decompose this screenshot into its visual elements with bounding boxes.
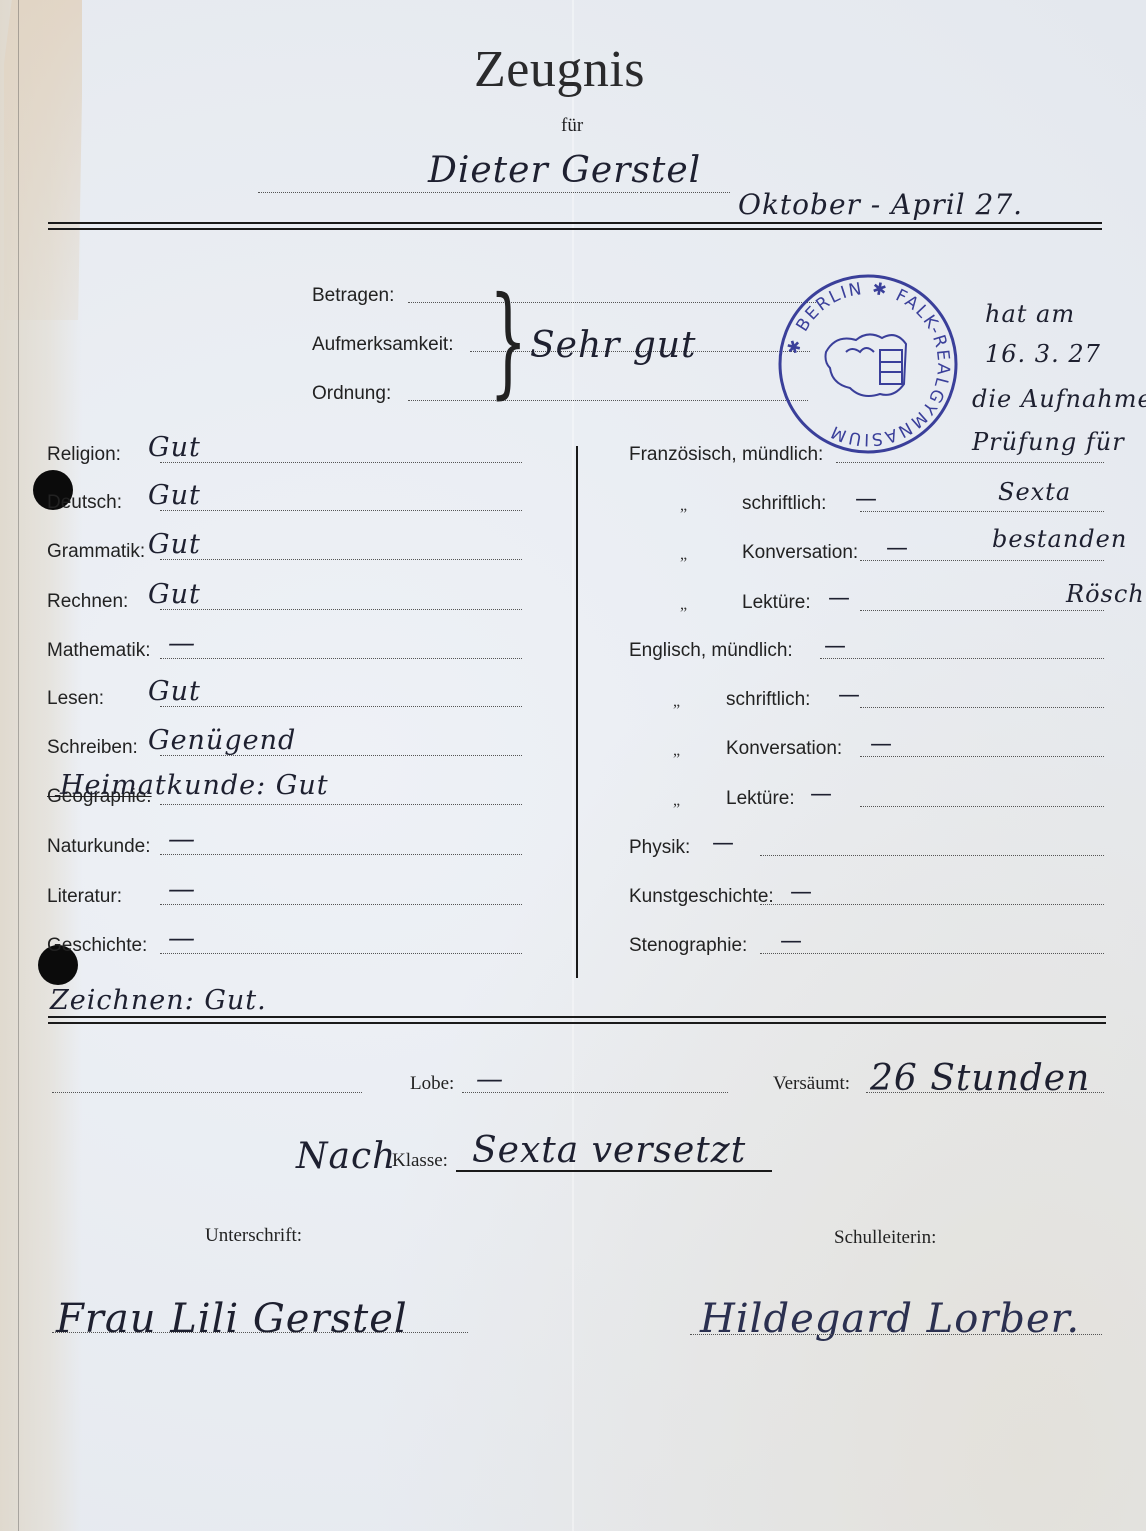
conduct-line-1 — [408, 302, 818, 303]
subject-line — [160, 609, 522, 610]
subject-label: Naturkunde: — [47, 836, 151, 858]
conduct-label-betragen: Betragen: — [312, 285, 394, 307]
subject-line — [760, 855, 1104, 856]
subject-line — [160, 953, 522, 954]
klasse-value: Sexta versetzt — [472, 1130, 746, 1171]
document-title: Zeugnis — [474, 40, 645, 99]
subject-label: Geschichte: — [47, 935, 147, 957]
subject-grade: — — [168, 874, 196, 905]
parent-signature: Frau Lili Gerstel — [56, 1296, 408, 1342]
ditto-mark: „ — [680, 497, 687, 515]
subject-line — [760, 953, 1104, 954]
subject-label: Literatur: — [47, 886, 122, 908]
subject-label: Lektüre: — [726, 788, 795, 810]
side-note-line-5: Sexta — [998, 478, 1071, 506]
subject-label: schriftlich: — [726, 689, 810, 711]
subject-label: Konversation: — [726, 738, 842, 760]
subject-line — [160, 904, 522, 905]
versaeumt-label: Versäumt: — [773, 1073, 850, 1095]
subject-label: schriftlich: — [742, 493, 826, 515]
subject-line — [836, 462, 1104, 463]
conduct-label-aufmerksamkeit: Aufmerksamkeit: — [312, 334, 453, 356]
subject-grade: Gut — [148, 432, 201, 463]
subject-line — [160, 854, 522, 855]
subject-line — [820, 658, 1104, 659]
subject-grade: — — [168, 824, 196, 855]
subject-grade: — — [886, 536, 908, 561]
paper-stain-top — [4, 0, 82, 320]
subject-grade: — — [810, 782, 832, 807]
subject-label: Physik: — [629, 837, 690, 859]
side-note-line-4: Prüfung für — [972, 428, 1125, 456]
school-stamp: ✱ BERLIN ✱ FALK-REALGYMNASIUM — [776, 272, 960, 456]
ditto-mark: „ — [673, 792, 680, 810]
coat-of-arms-icon — [826, 334, 907, 396]
subject-grade: — — [855, 487, 877, 512]
student-name: Dieter Gerstel — [428, 150, 701, 191]
subject-grade: — — [780, 929, 802, 954]
lobe-line — [462, 1092, 728, 1093]
subject-grade: — — [828, 586, 850, 611]
subject-line — [160, 462, 522, 463]
side-note-line-3: die Aufnahme- — [972, 385, 1146, 413]
schulleiterin-label: Schulleiterin: — [834, 1227, 936, 1249]
conduct-label-ordnung: Ordnung: — [312, 383, 391, 405]
subject-label: Grammatik: — [47, 541, 145, 563]
subject-line — [860, 707, 1104, 708]
subject-label: Kunstgeschichte: — [629, 886, 774, 908]
subject-grade: Gut — [148, 529, 201, 560]
subject-grade: — — [824, 634, 846, 659]
subject-line — [860, 511, 1104, 512]
fuer-label: für — [561, 115, 583, 137]
subject-label: Deutsch: — [47, 492, 122, 514]
extra-subject-zeichnen: Zeichnen: Gut. — [50, 985, 267, 1016]
subject-line — [160, 510, 522, 511]
conduct-line-3 — [408, 400, 808, 401]
conduct-grade: Sehr gut — [530, 325, 697, 366]
subject-line — [860, 806, 1104, 807]
subject-line — [860, 610, 1104, 611]
subject-grade: Genügend — [148, 725, 296, 756]
ditto-mark: „ — [680, 546, 687, 564]
name-line-2 — [640, 192, 730, 193]
subject-line — [160, 559, 522, 560]
side-note-line-1: hat am — [985, 300, 1075, 328]
principal-signature: Hildegard Lorber. — [700, 1296, 1080, 1342]
principal-signature-line — [690, 1334, 1102, 1335]
subject-label: Mathematik: — [47, 640, 150, 662]
subject-line — [160, 706, 522, 707]
ditto-mark: „ — [680, 596, 687, 614]
subject-label: Konversation: — [742, 542, 858, 564]
subject-label: Englisch, mündlich: — [629, 640, 793, 662]
parent-signature-line — [52, 1332, 468, 1333]
svg-text:✱ BERLIN ✱ FALK-REALGYMNASIUM: ✱ BERLIN ✱ FALK-REALGYMNASIUM — [784, 279, 954, 449]
body-rule-1 — [48, 1016, 1106, 1018]
subject-grade: Gut — [148, 480, 201, 511]
subject-grade: — — [870, 732, 892, 757]
footer-blank-line — [52, 1092, 362, 1093]
brace-icon: } — [489, 282, 527, 402]
side-note-signature: Rösch — [1066, 580, 1145, 608]
subject-line — [160, 658, 522, 659]
header-rule-1 — [48, 222, 1102, 224]
paper-edge — [18, 0, 19, 1531]
unterschrift-label: Unterschrift: — [205, 1225, 302, 1247]
subject-label: Religion: — [47, 444, 121, 466]
subject-label: Lesen: — [47, 688, 104, 710]
subject-grade: — — [712, 831, 734, 856]
lobe-value: — — [476, 1064, 504, 1095]
side-note-line-6: bestanden — [992, 525, 1127, 553]
subject-line — [160, 804, 522, 805]
subject-grade: — — [168, 628, 196, 659]
name-line — [258, 192, 638, 193]
period: Oktober - April 27. — [738, 188, 1023, 221]
ditto-mark: „ — [673, 742, 680, 760]
subject-line — [860, 756, 1104, 757]
subject-grade: Heimatkunde: Gut — [60, 770, 329, 801]
klasse-prefix: Nach — [296, 1136, 396, 1177]
side-note-line-2: 16. 3. 27 — [985, 340, 1101, 368]
body-rule-2 — [48, 1022, 1106, 1024]
lobe-label: Lobe: — [410, 1073, 454, 1095]
subject-label: Französisch, mündlich: — [629, 444, 823, 466]
subject-label: Schreiben: — [47, 737, 138, 759]
subject-label: Rechnen: — [47, 591, 128, 613]
klasse-underline — [456, 1170, 772, 1172]
subject-grade: Gut — [148, 579, 201, 610]
subject-label: Lektüre: — [742, 592, 811, 614]
column-divider — [576, 446, 578, 978]
subject-grade: Gut — [148, 676, 201, 707]
subject-grade: — — [168, 923, 196, 954]
ditto-mark: „ — [673, 693, 680, 711]
subject-label: Stenographie: — [629, 935, 747, 957]
subject-grade: — — [790, 880, 812, 905]
klasse-label: Klasse: — [392, 1150, 448, 1172]
subject-grade: — — [838, 683, 860, 708]
versaeumt-line — [866, 1092, 1104, 1093]
header-rule-2 — [48, 228, 1102, 230]
